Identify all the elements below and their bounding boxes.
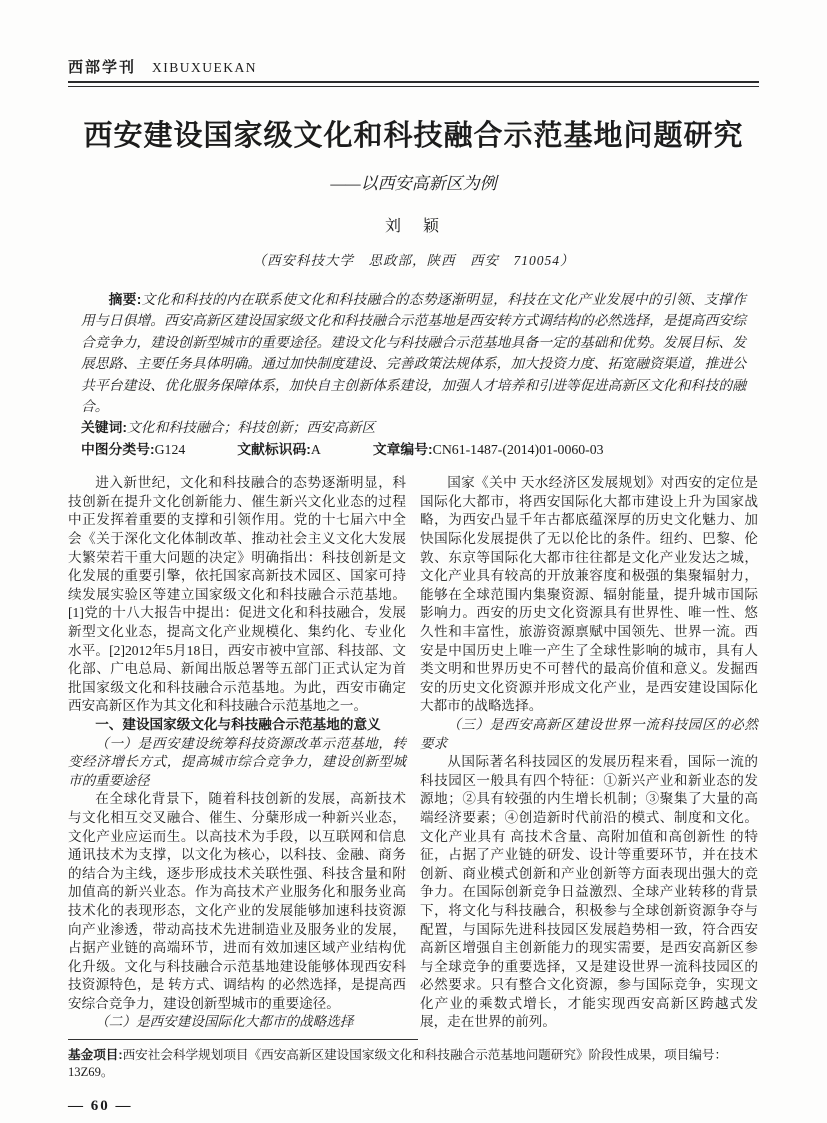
sub-heading: （二）是西安建设国际化大都市的战略选择 bbox=[68, 1013, 406, 1030]
keywords-label: 关键词: bbox=[81, 420, 127, 435]
article-id-value: CN61-1487-(2014)01-0060-03 bbox=[433, 442, 604, 457]
page-number: — 60 — bbox=[68, 1098, 759, 1115]
funding-footnote: 基金项目:西安社会科学规划项目《西安高新区建设国家级文化和科技融合示范基地问题研… bbox=[68, 1047, 759, 1081]
body-paragraph: 进入新世纪，文化和科技融合的态势逐渐明显，科技创新在提升文化创新能力、催生新兴文… bbox=[68, 474, 406, 716]
journal-page: 西部学刊 XIBUXUEKAN 西安建设国家级文化和科技融合示范基地问题研究 —… bbox=[0, 0, 827, 1123]
left-column: 进入新世纪，文化和科技融合的态势逐渐明显，科技创新在提升文化创新能力、催生新兴文… bbox=[68, 474, 406, 1030]
keywords-line: 关键词:文化和科技融合；科技创新；西安高新区 bbox=[81, 417, 746, 438]
right-column: 国家《关中 天水经济区发展规划》对西安的定位是国际化大都市，将西安国际化大都市建… bbox=[420, 474, 758, 1030]
funding-label: 基金项目: bbox=[68, 1048, 123, 1062]
footnote-divider bbox=[68, 1039, 418, 1040]
journal-header: 西部学刊 XIBUXUEKAN bbox=[68, 56, 759, 77]
clc-pair: 中图分类号:G124 bbox=[81, 442, 185, 457]
sub-heading: （三）是西安高新区建设世界一流科技园区的必然要求 bbox=[420, 716, 758, 753]
abstract-label: 摘要: bbox=[109, 292, 142, 307]
sub-heading: （一）是西安建设统筹科技资源改革示范基地，转变经济增长方式，提高城市综合竞争力，… bbox=[68, 735, 406, 791]
body-paragraph: 国家《关中 天水经济区发展规划》对西安的定位是国际化大都市，将西安国际化大都市建… bbox=[420, 474, 758, 716]
article-id-label: 文章编号: bbox=[373, 442, 433, 457]
author-affiliation: （西安科技大学 思政部，陕西 西安 710054） bbox=[68, 249, 759, 269]
section-heading: 一、建设国家级文化与科技融合示范基地的意义 bbox=[68, 716, 406, 735]
article-title: 西安建设国家级文化和科技融合示范基地问题研究 bbox=[68, 113, 759, 154]
abstract-paragraph: 摘要:文化和科技的内在联系使文化和科技融合的态势逐渐明显，科技在文化产业发展中的… bbox=[81, 289, 746, 417]
body-paragraph: 从国际著名科技园区的发展历程来看，国际一流的科技园区一般具有四个特征：①新兴产业… bbox=[420, 753, 758, 1030]
journal-name-cn: 西部学刊 bbox=[68, 56, 136, 77]
abstract-text: 文化和科技的内在联系使文化和科技融合的态势逐渐明显，科技在文化产业发展中的引领、… bbox=[81, 292, 746, 414]
funding-text: 西安社会科学规划项目《西安高新区建设国家级文化和科技融合示范基地问题研究》阶段性… bbox=[68, 1048, 727, 1079]
body-paragraph: 在全球化背景下，随着科技创新的发展，高新技术与文化相互交叉融合、催生、分蘖形成一… bbox=[68, 790, 406, 1013]
header-divider bbox=[68, 81, 759, 87]
doc-code-pair: 文献标识码:A bbox=[237, 442, 321, 457]
author-name: 刘 颖 bbox=[68, 213, 759, 236]
doc-code-value: A bbox=[311, 442, 321, 457]
article-id-pair: 文章编号:CN61-1487-(2014)01-0060-03 bbox=[373, 442, 604, 457]
body-columns: 进入新世纪，文化和科技融合的态势逐渐明显，科技创新在提升文化创新能力、催生新兴文… bbox=[68, 474, 759, 1030]
journal-name-pinyin: XIBUXUEKAN bbox=[152, 60, 257, 76]
clc-label: 中图分类号: bbox=[81, 442, 155, 457]
keywords-text: 文化和科技融合；科技创新；西安高新区 bbox=[127, 420, 375, 435]
clc-value: G124 bbox=[155, 442, 186, 457]
classification-line: 中图分类号:G124文献标识码:A文章编号:CN61-1487-(2014)01… bbox=[81, 439, 746, 460]
article-subtitle: ——以西安高新区为例 bbox=[68, 169, 759, 194]
article-meta-block: 摘要:文化和科技的内在联系使文化和科技融合的态势逐渐明显，科技在文化产业发展中的… bbox=[81, 289, 746, 460]
doc-code-label: 文献标识码: bbox=[237, 442, 311, 457]
